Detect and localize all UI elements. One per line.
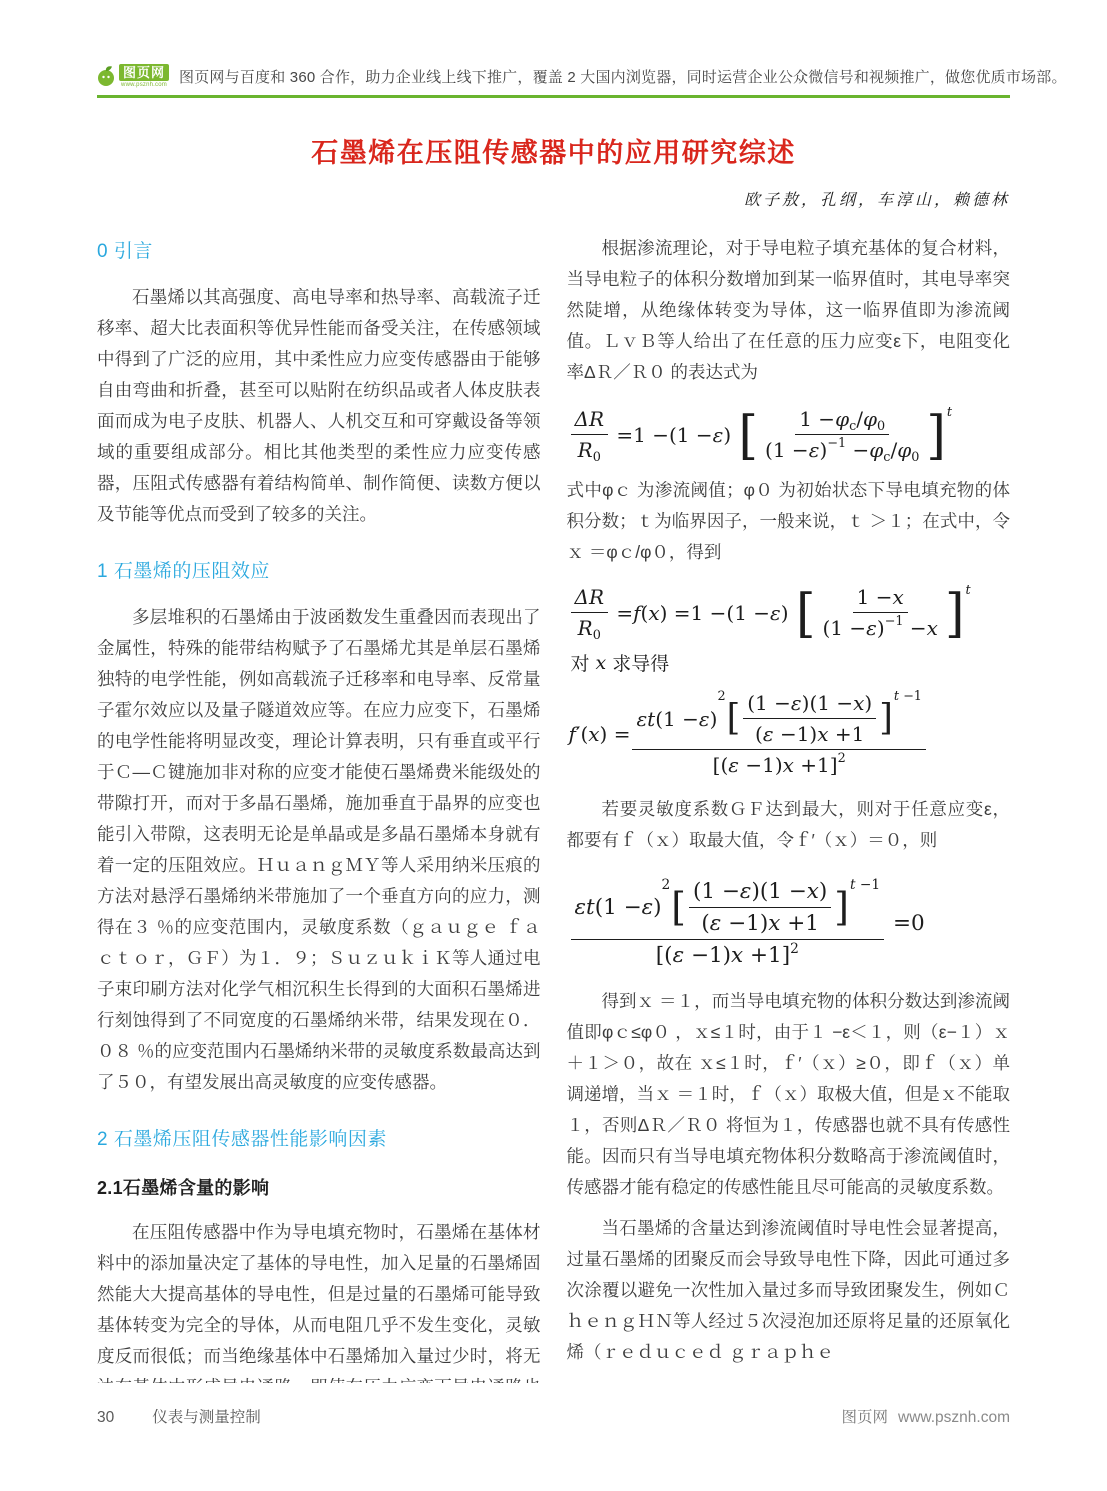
ad-banner: 图页网 www.psznh.com 图页网与百度和 360 合作，助力企业线上线… <box>97 0 1010 88</box>
paper-page: 图页网 www.psznh.com 图页网与百度和 360 合作，助力企业线上线… <box>0 0 1107 1491</box>
derivation-note: 对 x 求导得 <box>571 649 1011 676</box>
equation-4: εt(1 −ε)2[(1 −ε)(1 −x)(ε −1)x +1]t −1[(ε… <box>569 879 1011 968</box>
site-logo: 图页网 www.psznh.com <box>97 64 169 88</box>
footer-site-url: www.psznh.com <box>898 1409 1010 1427</box>
article-authors: 欧子敖，孔纲，车淳山，赖德林 <box>97 187 1010 210</box>
page-number: 30 <box>97 1409 114 1427</box>
equation-1: ΔRR0 =1 −(1 −ε) [1 −φc/φ0(1 −ε)−1 −φc/φ0… <box>569 407 1011 462</box>
paragraph: 得到ｘ ＝１，而当导电填充物的体积分数达到渗流阈值即φｃ≤φ０ ，ｘ≤１时，由于… <box>567 986 1011 1203</box>
paragraph: 式中φｃ 为渗流阈值；φ０ 为初始状态下导电填充物的体积分数；ｔ为临界因子，一般… <box>567 475 1011 568</box>
banner-divider <box>97 95 1010 98</box>
equation-2: ΔRR0 =f(x) =1 −(1 −ε) [1 −x(1 −ε)−1 −x]t <box>569 585 1011 640</box>
logo-url: www.psznh.com <box>121 82 167 88</box>
logo-wordmark: 图页网 <box>119 64 169 81</box>
journal-name: 仪表与测量控制 <box>152 1405 261 1427</box>
section-heading-0: 0 引言 <box>97 236 541 263</box>
section-heading-2: 2 石墨烯压阻传感器性能影响因素 <box>97 1124 541 1151</box>
right-column: 根据渗流理论，对于导电粒子填充基体的复合材料，当导电粒子的体积分数增加到某一临界… <box>567 233 1011 1383</box>
paragraph: 根据渗流理论，对于导电粒子填充基体的复合材料，当导电粒子的体积分数增加到某一临界… <box>567 233 1011 388</box>
paragraph: 多层堆积的石墨烯由于波函数发生重叠因而表现出了金属性，特殊的能带结构赋予了石墨烯… <box>97 602 541 1098</box>
sprout-mascot-icon <box>97 65 116 87</box>
paragraph: 石墨烯以其高强度、高电导率和热导率、高载流子迁移率、超大比表面积等优异性能而备受… <box>97 282 541 530</box>
left-column: 0 引言 石墨烯以其高强度、高电导率和热导率、高载流子迁移率、超大比表面积等优异… <box>97 233 541 1383</box>
banner-slogan: 图页网与百度和 360 合作，助力企业线上线下推广，覆盖 2 大国内浏览器，同时… <box>179 66 1067 87</box>
equation-3: f′(x) =εt(1 −ε)2[(1 −ε)(1 −x)(ε −1)x +1]… <box>569 691 1011 777</box>
section-heading-1: 1 石墨烯的压阻效应 <box>97 556 541 583</box>
paragraph: 在压阻传感器中作为导电填充物时，石墨烯在基体材料中的添加量决定了基体的导电性，加… <box>97 1217 541 1383</box>
article-title: 石墨烯在压阻传感器中的应用研究综述 <box>97 131 1010 170</box>
subsection-heading-2-1: 2.1石墨烯含量的影响 <box>97 1174 541 1200</box>
footer-site-name: 图页网 <box>842 1405 889 1427</box>
article-body: 0 引言 石墨烯以其高强度、高电导率和热导率、高载流子迁移率、超大比表面积等优异… <box>97 233 1010 1383</box>
paragraph: 若要灵敏度系数ＧＦ达到最大，则对于任意应变ε，都要有ｆ（ｘ）取最大值，令ｆ′（ｘ… <box>567 794 1011 856</box>
page-footer: 30 仪表与测量控制 图页网 www.psznh.com <box>97 1405 1010 1427</box>
paragraph: 当石墨烯的含量达到渗流阈值时导电性会显著提高，过量石墨烯的团聚反而会导致导电性下… <box>567 1213 1011 1368</box>
